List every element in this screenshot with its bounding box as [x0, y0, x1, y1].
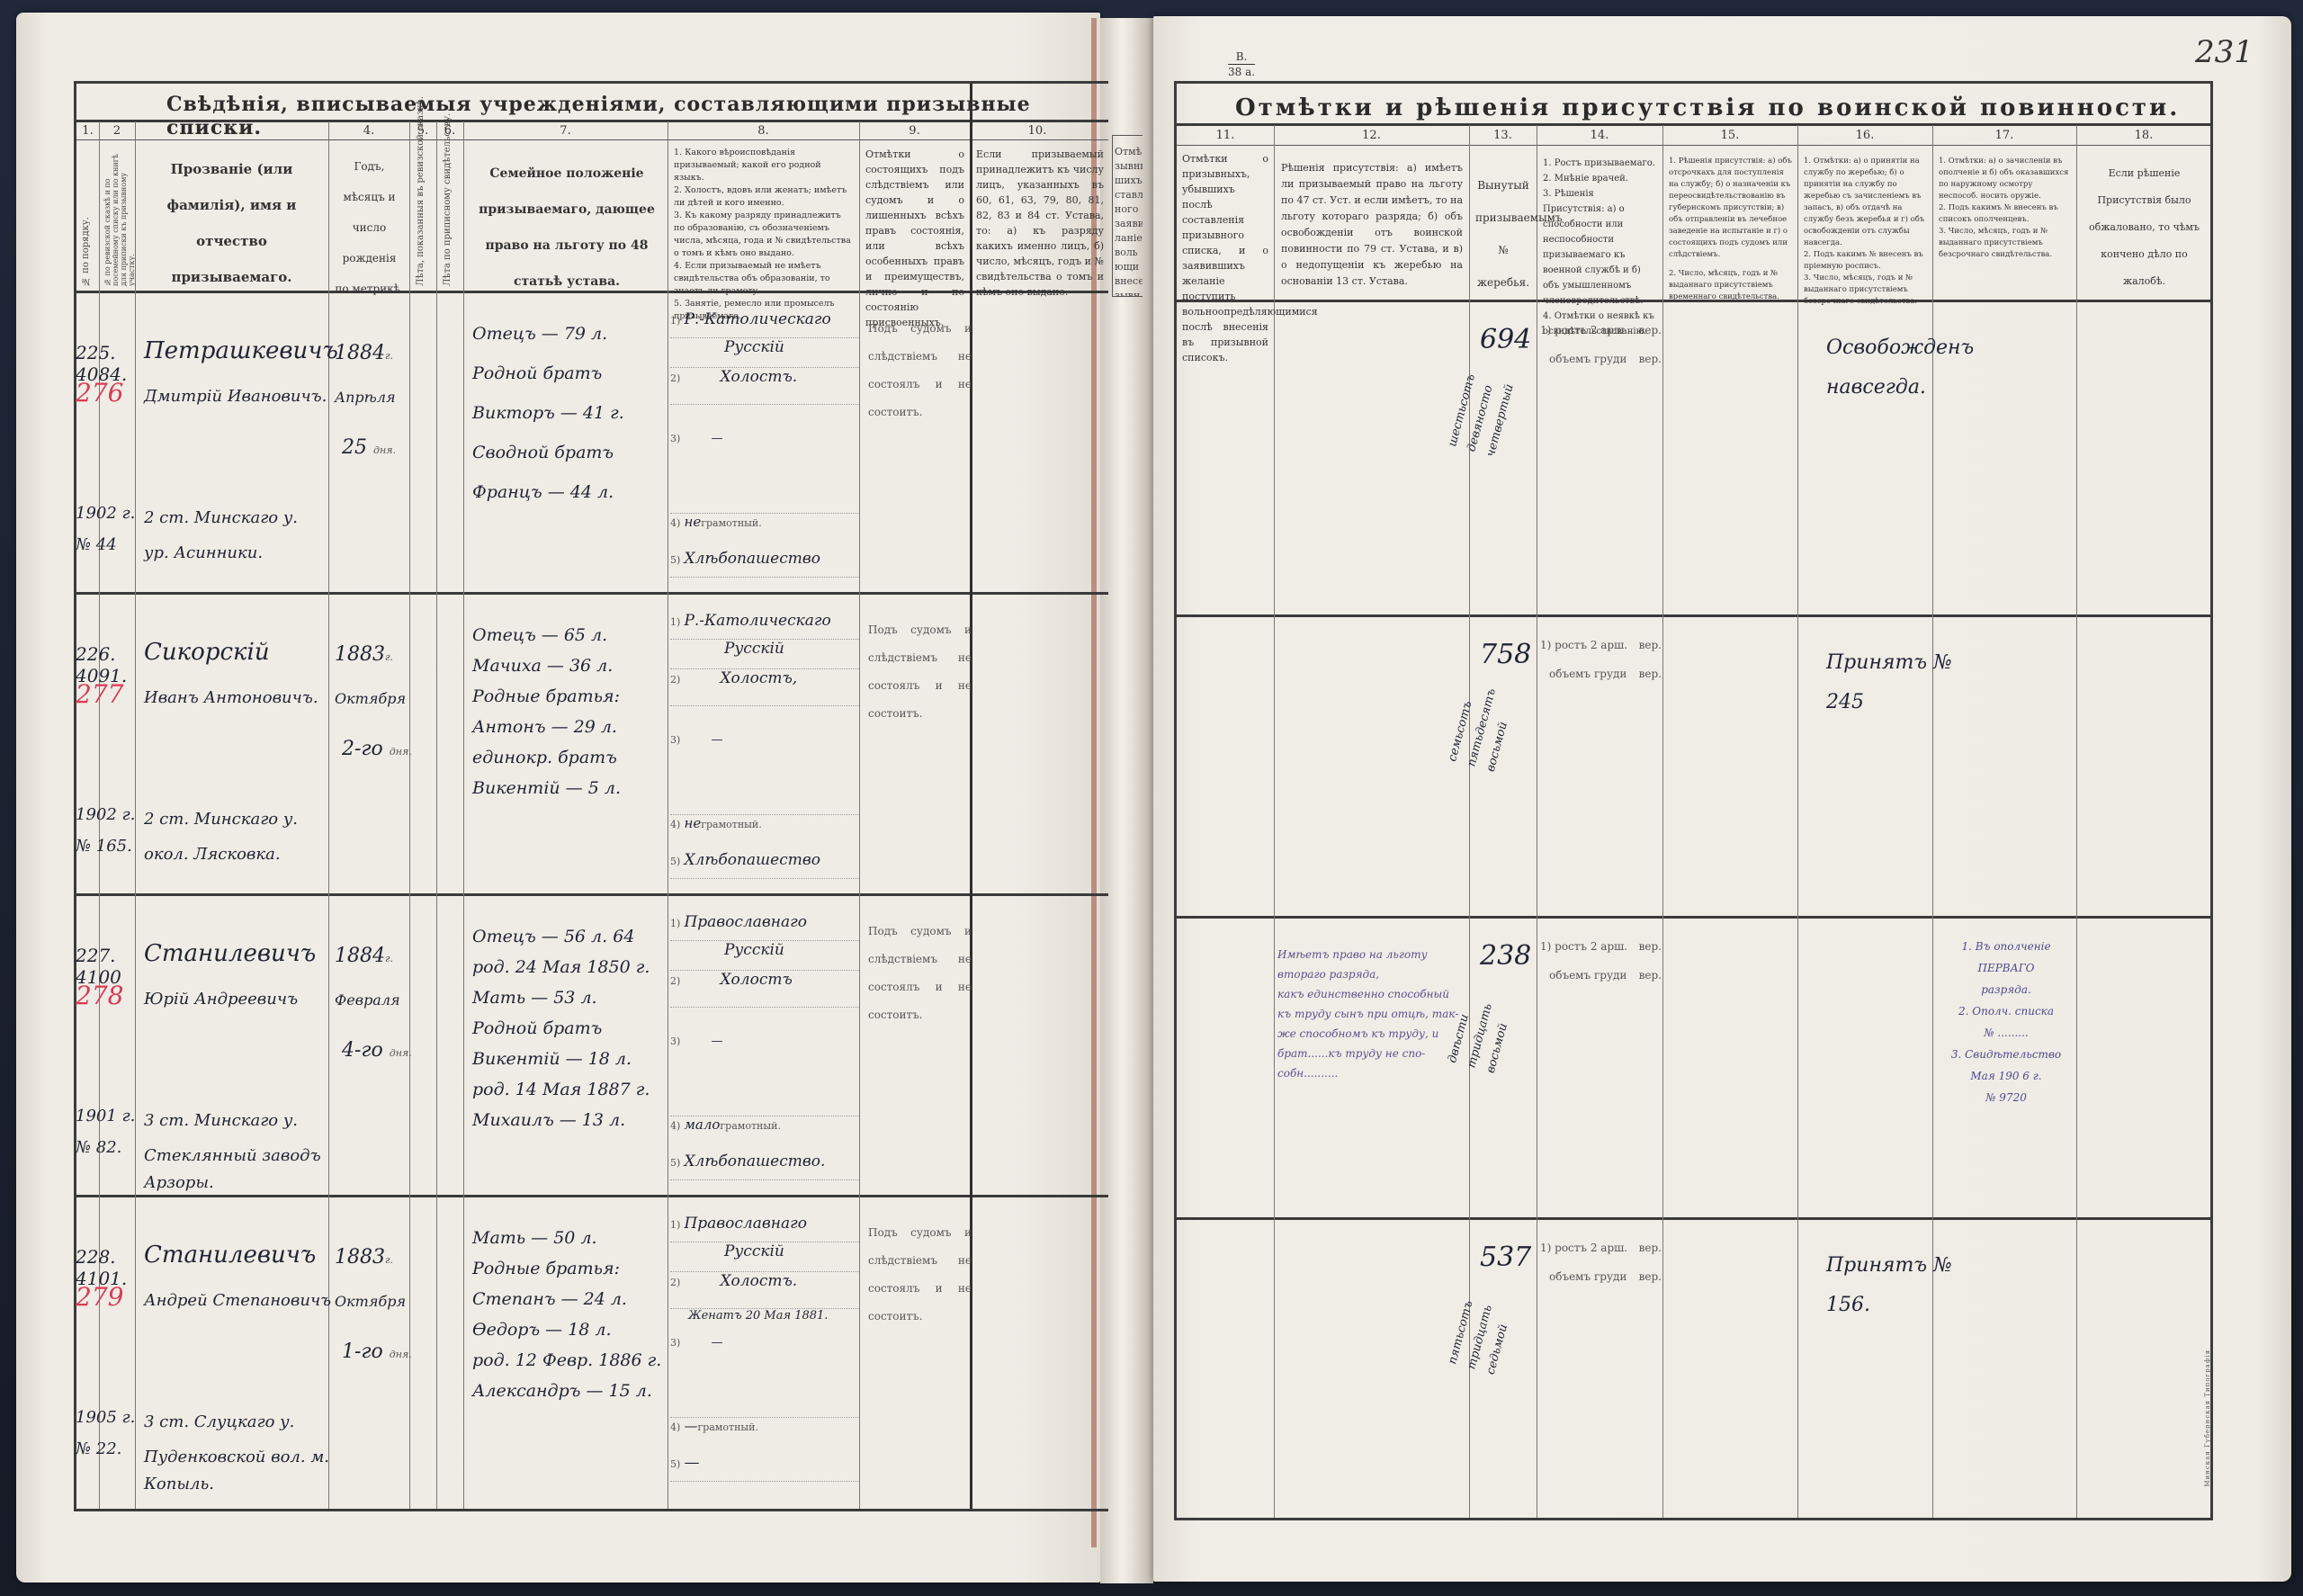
divider [1177, 614, 2210, 617]
given-names: Иванъ Антоновичъ. [144, 688, 333, 707]
header-c13: Вынутый призываемымъ № жеребья. [1472, 169, 1535, 299]
birth-year: 1884г. [335, 342, 407, 364]
header-c6: Лѣта по приписному свидѣтельству. [443, 147, 453, 286]
family-members: Отецъ — 79 л.Родной братъВикторъ — 41 г.… [472, 324, 666, 522]
divider [1177, 1217, 2210, 1220]
surname: Петрашкевичъ [144, 337, 324, 364]
red-number: 276 [76, 378, 130, 408]
header-c4: Годъ, мѣсяцъ и число рожденія по метрикѣ… [331, 151, 408, 304]
register-number: № 44 [76, 535, 139, 554]
court-note: Подъ судомъ и слѣдствіемъ не состоялъ и … [868, 315, 972, 426]
register-year: 1902 г. [76, 805, 148, 824]
col-num: 2 [99, 124, 135, 138]
register-number: № 22. [76, 1439, 139, 1458]
register-number: № 165. [76, 837, 139, 856]
red-number: 277 [76, 679, 130, 709]
height-label: 1) ростъ 2 арш.вер. объемъ грудивер. [1540, 639, 1662, 680]
col-num: 3. [135, 124, 328, 138]
register-year: 1905 г. [76, 1408, 148, 1427]
birth-day: 25 дня. [342, 436, 414, 459]
col-num: 1. [76, 124, 99, 138]
birth-month: Октября [335, 690, 407, 707]
height-label: 1) ростъ 2 арш.вер. объемъ грудивер. [1540, 1242, 1662, 1283]
height-label: 1) ростъ 2 арш.вер. объемъ грудивер. [1540, 940, 1662, 982]
col-num: 9. [859, 124, 970, 138]
header-c12: Рѣшенія присутствія: а) имѣетъ ли призыв… [1277, 160, 1466, 290]
header-c7: Семейное положеніе призываемаго, дающее … [472, 156, 661, 300]
family-members: Отецъ — 65 л.Мачиха — 36 л.Родные братья… [472, 625, 666, 809]
divider [76, 120, 1108, 122]
lot-number: 537 [1480, 1242, 1534, 1273]
info-column-8: 1) Р.-Католическаго Русскій 2) Холостъ. … [670, 310, 859, 578]
lot-number: 758 [1480, 639, 1534, 670]
district: 2 ст. Минскаго у. [144, 810, 333, 829]
col-num: 13. [1469, 129, 1537, 142]
district: 3 ст. Минскаго у. [144, 1111, 333, 1130]
page-number: 231 [2195, 34, 2254, 70]
register-year: 1901 г. [76, 1107, 148, 1125]
col-num: 8. [668, 124, 859, 138]
surname: Станилевичъ [144, 1242, 324, 1269]
info-column-8: 1) Р.-Католическаго Русскій 2) Холостъ, … [670, 612, 859, 879]
given-names: Дмитрій Ивановичъ. [144, 387, 333, 406]
district: 3 ст. Слуцкаго у. [144, 1412, 333, 1431]
col-num: 7. [463, 124, 668, 138]
lot-number: 694 [1480, 324, 1534, 355]
info-column-8: 1) Православнаго Русскій 2) Холостъ 3) —… [670, 913, 859, 1180]
red-number: 278 [76, 981, 130, 1010]
header-c11: Отмѣтки о призывныхъ, убывшихъ послѣ сос… [1178, 151, 1272, 365]
birth-day: 1-го дня. [342, 1340, 414, 1363]
right-table: Отмѣтки и рѣшенія присутствія по воинско… [1174, 81, 2213, 1520]
info-column-8: 1) Православнаго Русскій 2) Холостъ. Жен… [670, 1215, 859, 1482]
court-note: Подъ судомъ и слѣдствіемъ не состоялъ и … [868, 918, 972, 1029]
place: Пуденковской вол. м. Копыль. [144, 1444, 333, 1498]
birth-day: 4-го дня. [342, 1039, 414, 1062]
red-number: 279 [76, 1282, 130, 1312]
underlying-page-fragment: Отмѣ зывны шихъ ставл ного заяви ланіе в… [1112, 135, 1143, 297]
header-c16: 1. Отмѣтки: а) о принятіи на службу по ж… [1800, 156, 1931, 308]
birth-year: 1883г. [335, 643, 407, 666]
place: окол. Лясковка. [144, 841, 333, 868]
divider [1177, 145, 2210, 146]
header-c15: 1. Рѣшенія присутствія: а) объ отсрочках… [1665, 156, 1796, 303]
family-members: Мать — 50 л.Родные братья:Степанъ — 24 л… [472, 1228, 666, 1412]
col-num: 12. [1274, 129, 1469, 142]
register-number: № 82. [76, 1138, 139, 1157]
header-c10: Если призываемый принадлежитъ къ числу л… [972, 147, 1107, 300]
col-num: 16. [1797, 129, 1932, 142]
divider [1177, 123, 2210, 126]
benefit-stamp: Имѣетъ право на льготувтораго разряда,ка… [1277, 945, 1462, 1083]
right-section-title: Отмѣтки и рѣшенія присутствія по воинско… [1235, 94, 2180, 121]
col-num: 17. [1932, 129, 2076, 142]
surname: Сикорскій [144, 639, 324, 666]
birth-day: 2-го дня. [342, 738, 414, 760]
birth-month: Апрѣля [335, 389, 407, 406]
header-c2: № по ревизской сказкѣ и по посемейному с… [103, 147, 132, 286]
given-names: Андрей Степановичъ [144, 1291, 333, 1310]
col-num: 15. [1662, 129, 1797, 142]
header-c17: 1. Отмѣтки: а) о зачисленіи въ ополченіе… [1935, 156, 2074, 261]
militia-stamp: 1. Въ ополченіеПЕРВАГОразряда.2. Ополч. … [1948, 936, 2065, 1108]
height-label: 1) ростъ 2 арш.вер. объемъ грудивер. [1540, 324, 1662, 365]
birth-month: Октября [335, 1293, 407, 1310]
divider [1177, 916, 2210, 919]
header-c18: Если рѣшеніе Присутствія было обжаловано… [2079, 160, 2209, 295]
birth-year: 1883г. [335, 1246, 407, 1269]
court-note: Подъ судомъ и слѣдствіемъ не состоялъ и … [868, 616, 972, 728]
header-c9: Отмѣтки о состоящихъ подъ слѣдствіемъ ил… [862, 147, 968, 330]
surname: Станилевичъ [144, 940, 324, 967]
family-members: Отецъ — 56 л. 64род. 24 Мая 1850 г.Мать … [472, 927, 666, 1141]
lot-number: 238 [1480, 940, 1534, 972]
birth-year: 1884г. [335, 945, 407, 967]
district: 2 ст. Минскаго у. [144, 508, 333, 527]
header-c5: Лѣта, показанныя въ ревизской сказкѣ. [416, 147, 426, 286]
col-num: 10. [970, 124, 1105, 138]
printer-imprint: Минская Губернская Типографія [2204, 1349, 2211, 1487]
register-year: 1902 г. [76, 504, 148, 523]
col-num: 4. [328, 124, 409, 138]
header-c3: Прозваніе (или фамилія), имя и отчество … [139, 151, 324, 295]
decision-col16: Принятъ № 156. [1826, 1246, 1961, 1325]
col-num: 11. [1177, 129, 1274, 142]
court-note: Подъ судомъ и слѣдствіемъ не состоялъ и … [868, 1219, 972, 1331]
divider [76, 893, 1108, 896]
place: ур. Асинники. [144, 540, 333, 567]
place: Стеклянный заводъ Арзоры. [144, 1143, 333, 1197]
decision-col16: Освобожденъ навсегда. [1826, 328, 1961, 408]
header-c8: 1. Какого вѣроисповѣданія призываемый; к… [670, 147, 857, 323]
col-num: 14. [1537, 129, 1662, 142]
divider [76, 592, 1108, 595]
form-code: В. 38 а. [1228, 49, 1255, 79]
header-c1: № по порядку. [81, 147, 91, 286]
header-c14: 1. Ростъ призываемаго.2. Мнѣніе врачей.3… [1539, 156, 1661, 339]
decision-col16: Принятъ № 245 [1826, 643, 1961, 722]
col-num: 18. [2076, 129, 2211, 142]
divider [76, 139, 1108, 140]
birth-month: Февраля [335, 991, 407, 1009]
given-names: Юрій Андреевичъ [144, 990, 333, 1009]
